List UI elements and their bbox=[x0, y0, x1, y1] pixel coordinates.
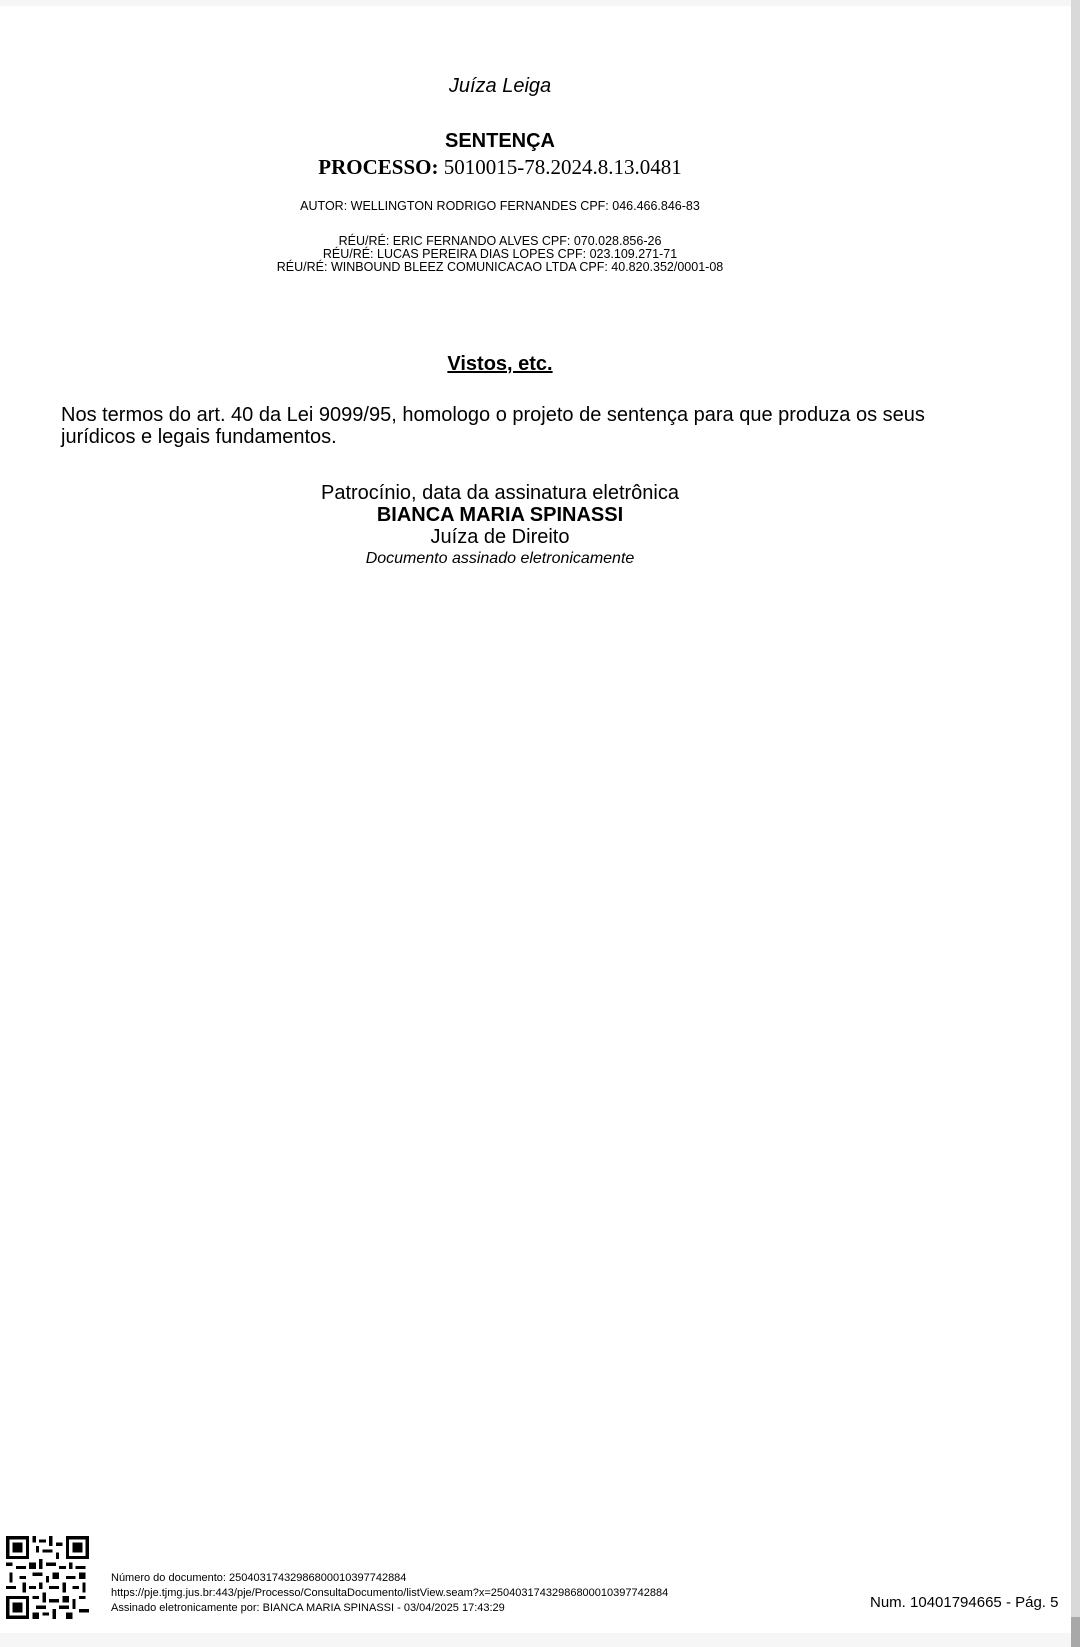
scrollbar-thumb[interactable] bbox=[1071, 1617, 1080, 1647]
body-paragraph: Nos termos do art. 40 da Lei 9099/95, ho… bbox=[61, 404, 961, 448]
reu-line: RÉU/RÉ: WINBOUND BLEEZ COMUNICACAO LTDA … bbox=[0, 261, 1000, 274]
signer-name: BIANCA MARIA SPINASSI bbox=[0, 504, 1000, 526]
signature-block: Patrocínio, data da assinatura eletrônic… bbox=[0, 482, 1000, 570]
place-date: Patrocínio, data da assinatura eletrônic… bbox=[0, 482, 1000, 504]
qr-code-icon bbox=[6, 1536, 89, 1619]
processo-line: PROCESSO: 5010015-78.2024.8.13.0481 bbox=[0, 155, 1000, 180]
signature-note: Documento assinado eletronicamente bbox=[0, 548, 1000, 570]
document-number: Número do documento: 2504031743298680001… bbox=[111, 1571, 668, 1586]
autor-line: AUTOR: WELLINGTON RODRIGO FERNANDES CPF:… bbox=[0, 199, 1000, 213]
reus-list: RÉU/RÉ: ERIC FERNANDO ALVES CPF: 070.028… bbox=[0, 235, 1000, 274]
signed-by: Assinado eletronicamente por: BIANCA MAR… bbox=[111, 1601, 668, 1616]
document-page: Juíza Leiga SENTENÇA PROCESSO: 5010015-7… bbox=[0, 6, 1071, 1633]
processo-number: 5010015-78.2024.8.13.0481 bbox=[444, 155, 682, 179]
footer-metadata: Número do documento: 2504031743298680001… bbox=[111, 1571, 668, 1616]
role-header: Juíza Leiga bbox=[0, 75, 1000, 98]
signer-position: Juíza de Direito bbox=[0, 526, 1000, 548]
document-title: SENTENÇA bbox=[0, 130, 1000, 153]
vistos-heading: Vistos, etc. bbox=[0, 353, 1000, 376]
page-number: Num. 10401794665 - Pág. 5 bbox=[870, 1594, 1058, 1611]
document-url: https://pje.tjmg.jus.br:443/pje/Processo… bbox=[111, 1586, 668, 1601]
vertical-scrollbar[interactable] bbox=[1071, 0, 1080, 1647]
processo-label: PROCESSO: bbox=[318, 155, 438, 179]
